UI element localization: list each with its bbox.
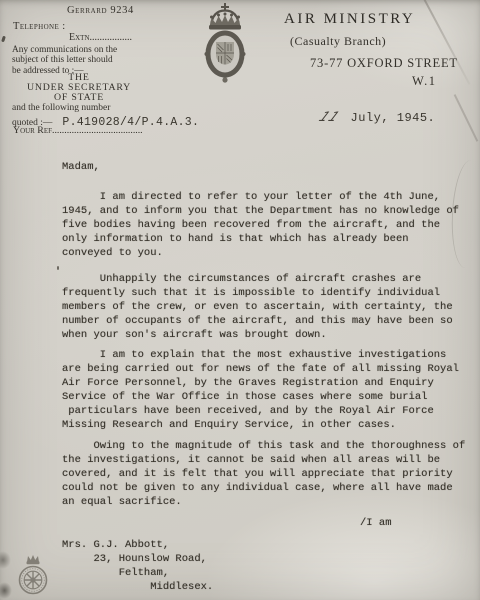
paper-crease (424, 0, 471, 85)
addressee-line: OF STATE (10, 93, 148, 103)
telephone-label: Telephone : (13, 21, 66, 32)
paragraph: I am to explain that the most exhaustive… (62, 348, 476, 432)
addressee-title: THE UNDER SECRETARY OF STATE (10, 73, 148, 103)
typed-date: July, 1945. (351, 111, 436, 125)
recipient-address: Mrs. G.J. Abbott, 23, Hounslow Road, Fel… (62, 538, 476, 594)
date-line: 11July, 1945. (320, 108, 435, 126)
extension-line: Extn................. (69, 32, 132, 43)
paragraph: Unhappily the circumstances of aircraft … (62, 272, 476, 342)
letterhead-left: Gerrard 9234 Telephone : Extn...........… (10, 4, 206, 144)
paragraph: I am directed to refer to your letter of… (62, 190, 476, 260)
handwritten-day: 11 (316, 110, 343, 125)
ink-smudge (0, 582, 12, 599)
ink-smudge (0, 551, 11, 569)
paper-crease (454, 94, 478, 141)
branch-name: (Casualty Branch) (290, 34, 386, 49)
paragraph: Owing to the magnitude of this task and … (62, 439, 476, 509)
continuation-mark: /I am (62, 516, 476, 530)
royal-coat-of-arms-icon (202, 2, 248, 84)
letter-body: Madam, I am directed to refer to your le… (62, 160, 476, 594)
embossed-crown-seal-icon (16, 552, 50, 598)
ink-speck (1, 36, 6, 43)
letter-page: Gerrard 9234 Telephone : Extn...........… (0, 0, 480, 600)
postal-district: W.1 (412, 74, 437, 89)
ink-speck (57, 266, 59, 270)
street-address: 73-77 OXFORD STREET (310, 56, 458, 71)
ministry-name: AIR MINISTRY (284, 11, 415, 28)
your-ref-label: Your Ref................................… (13, 125, 143, 136)
salutation: Madam, (62, 160, 476, 174)
telephone-exchange: Gerrard 9234 (67, 5, 134, 16)
